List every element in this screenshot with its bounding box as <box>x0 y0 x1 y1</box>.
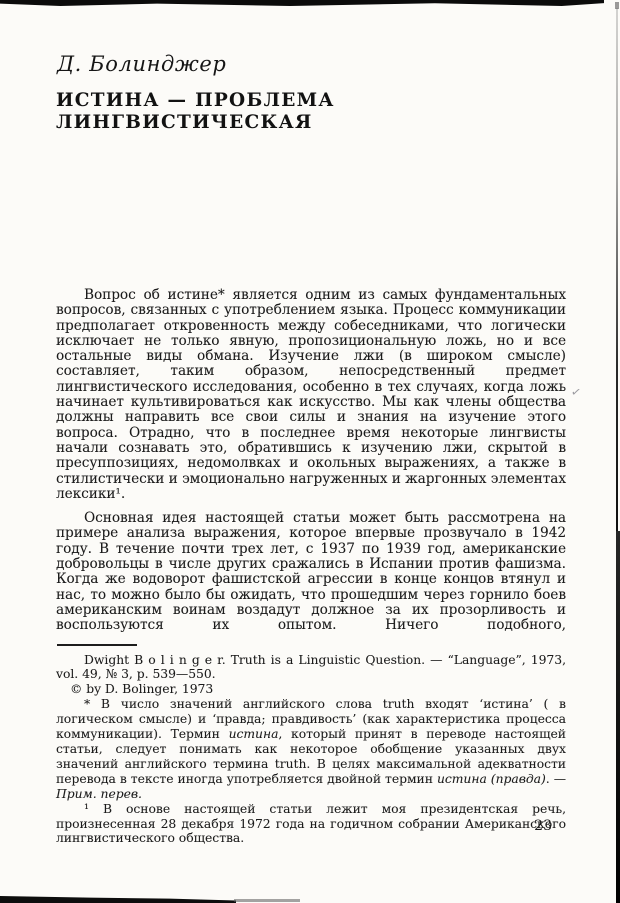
body-paragraph-2: Основная идея настоящей статьи может быт… <box>56 511 566 633</box>
italic-translator-signature: Прим. перев. <box>56 787 142 801</box>
footnote-separator <box>57 644 137 646</box>
scan-bottom-edge <box>0 894 236 903</box>
scan-page: Д. Болинджер ИСТИНА — ПРОБЛЕМА ЛИНГВИСТИ… <box>0 0 620 903</box>
article-body: Вопрос об истине* является одним из самы… <box>56 288 566 846</box>
footnote-copyright: © by D. Bolinger, 1973 <box>56 682 566 697</box>
pencil-margin-mark: ✓ <box>570 384 582 400</box>
scan-right-edge-thick <box>616 531 620 903</box>
footnote-reference: Dwight B o l i n g e r. Truth is a Lingu… <box>56 653 566 683</box>
author-line: Д. Болинджер <box>57 52 226 76</box>
italic-term-istina-pravda: истина (правда) <box>437 772 546 786</box>
page-number: 23 <box>56 818 566 834</box>
article-title: ИСТИНА — ПРОБЛЕМА ЛИНГВИСТИЧЕСКАЯ <box>56 90 335 134</box>
title-line-1: ИСТИНА — ПРОБЛЕМА <box>56 90 335 112</box>
title-line-2: ЛИНГВИСТИЧЕСКАЯ <box>56 112 335 134</box>
scan-bottom-edge-fade <box>234 899 300 902</box>
body-paragraph-1: Вопрос об истине* является одним из самы… <box>56 288 566 502</box>
scan-top-edge <box>0 0 604 6</box>
translator-note-text-3: . — <box>546 772 566 786</box>
footnote-translator-note: * В число значений английского слова tru… <box>56 697 566 801</box>
italic-term-istina: истина <box>229 727 279 741</box>
